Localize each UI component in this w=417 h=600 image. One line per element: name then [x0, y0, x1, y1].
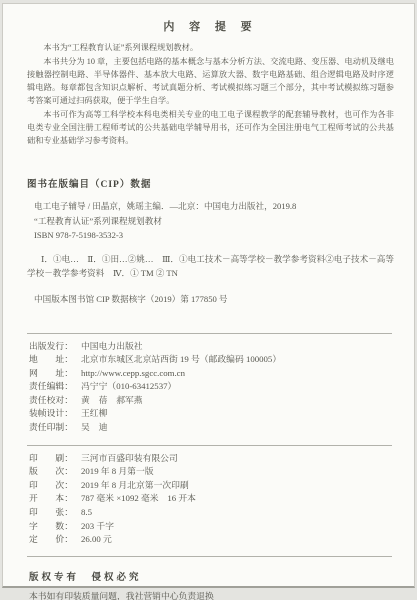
- printing-row: 字 数： 203 千字: [29, 520, 394, 534]
- field-label: 印 次：: [29, 479, 81, 493]
- scanned-sheet: 内 容 提 要 本书为“工程教育认证”系列课程规划教材。 本书共分为 10 章，…: [0, 0, 417, 600]
- field-value: 8.5: [81, 506, 394, 520]
- field-value: 26.00 元: [81, 533, 394, 547]
- field-value: 吴 迪: [81, 421, 394, 435]
- printing-row: 版 次： 2019 年 8 月第一版: [29, 465, 394, 479]
- printing-row: 印 次： 2019 年 8 月北京第一次印刷: [29, 479, 394, 493]
- publisher-row: 责任校对： 黄 蓓 郝军燕: [29, 394, 394, 408]
- field-label: 字 数：: [29, 520, 81, 534]
- cip-heading: 图书在版编目（CIP）数据: [27, 176, 394, 190]
- copyright-notice-section: 版权专有 侵权必究 本书如有印装质量问题，我社营销中心负责退换: [27, 569, 394, 600]
- field-label: 印 张：: [29, 506, 81, 520]
- field-label: 印 刷：: [29, 452, 81, 466]
- field-label: 责任编辑：: [29, 380, 81, 394]
- field-label: 责任印制：: [29, 421, 81, 435]
- field-label: 装帧设计：: [29, 407, 81, 421]
- book-copyright-page: 内 容 提 要 本书为“工程教育认证”系列课程规划教材。 本书共分为 10 章，…: [2, 3, 415, 588]
- field-value: 三河市百盛印装有限公司: [81, 452, 394, 466]
- field-label: 出版发行：: [29, 340, 81, 354]
- field-label: 地 址：: [29, 353, 81, 367]
- field-label: 网 址：: [29, 367, 81, 381]
- publisher-row: 责任编辑： 冯宁宁（010-63412537）: [29, 380, 394, 394]
- publisher-row: 装帧设计： 王红柳: [29, 407, 394, 421]
- printing-row: 印 张： 8.5: [29, 506, 394, 520]
- publisher-row: 出版发行： 中国电力出版社: [29, 340, 394, 354]
- cip-classification: Ⅰ．①电… Ⅱ．①田…②姚… Ⅲ．①电工技术－高等学校－教学参考资料②电子技术－…: [27, 252, 394, 281]
- copyright-notice: 版权专有 侵权必究: [29, 569, 394, 583]
- field-value: 北京市东城区北京站西街 19 号（邮政编码 100005）: [81, 353, 394, 367]
- publisher-row: 地 址： 北京市东城区北京站西街 19 号（邮政编码 100005）: [29, 353, 394, 367]
- field-value: 黄 蓓 郝军燕: [81, 394, 394, 408]
- field-label: 版 次：: [29, 465, 81, 479]
- content-summary-section: 内 容 提 要 本书为“工程教育认证”系列课程规划教材。 本书共分为 10 章，…: [27, 18, 394, 147]
- field-label: 定 价：: [29, 533, 81, 547]
- field-value: 2019 年 8 月北京第一次印刷: [81, 479, 394, 493]
- quality-notice: 本书如有印装质量问题，我社营销中心负责退换: [29, 589, 394, 600]
- divider-above-footer: [27, 556, 392, 557]
- printing-row: 开 本： 787 毫米 ×1092 毫米 16 开本: [29, 492, 394, 506]
- printing-info-section: 印 刷： 三河市百盛印装有限公司 版 次： 2019 年 8 月第一版 印 次：…: [27, 446, 394, 552]
- field-label: 责任校对：: [29, 394, 81, 408]
- field-label: 开 本：: [29, 492, 81, 506]
- publisher-info-section: 出版发行： 中国电力出版社 地 址： 北京市东城区北京站西街 19 号（邮政编码…: [27, 334, 394, 440]
- field-value: 王红柳: [81, 407, 394, 421]
- cip-isbn: ISBN 978-7-5198-3532-3: [27, 228, 394, 243]
- cip-data-section: 图书在版编目（CIP）数据 电工电子辅导 / 田晶京，姚瑶主编．—北京：中国电力…: [27, 176, 394, 306]
- summary-paragraph-3: 本书可作为高等工科学校本科电类相关专业的电工电子课程教学的配套辅导教材，也可作为…: [27, 108, 394, 147]
- cip-record-number: 中国版本图书馆 CIP 数据核字（2019）第 177850 号: [27, 292, 394, 306]
- cip-series-line: “工程教育认证”系列课程规划教材: [27, 214, 394, 229]
- field-value: 冯宁宁（010-63412537）: [81, 380, 394, 394]
- summary-paragraph-2: 本书共分为 10 章，主要包括电路的基本概念与基本分析方法、交流电路、变压器、电…: [27, 55, 394, 107]
- summary-paragraph-1: 本书为“工程教育认证”系列课程规划教材。: [27, 41, 394, 54]
- printing-row: 定 价： 26.00 元: [29, 533, 394, 547]
- field-value: 中国电力出版社: [81, 340, 394, 354]
- field-value: 787 毫米 ×1092 毫米 16 开本: [81, 492, 394, 506]
- website-url: http://www.cepp.sgcc.com.cn: [81, 367, 394, 381]
- cip-title-line: 电工电子辅导 / 田晶京，姚瑶主编．—北京：中国电力出版社，2019.8: [27, 199, 394, 214]
- summary-title: 内 容 提 要: [27, 18, 394, 34]
- publisher-row: 网 址： http://www.cepp.sgcc.com.cn: [29, 367, 394, 381]
- printing-row: 印 刷： 三河市百盛印装有限公司: [29, 452, 394, 466]
- field-value: 203 千字: [81, 520, 394, 534]
- publisher-row: 责任印制： 吴 迪: [29, 421, 394, 435]
- field-value: 2019 年 8 月第一版: [81, 465, 394, 479]
